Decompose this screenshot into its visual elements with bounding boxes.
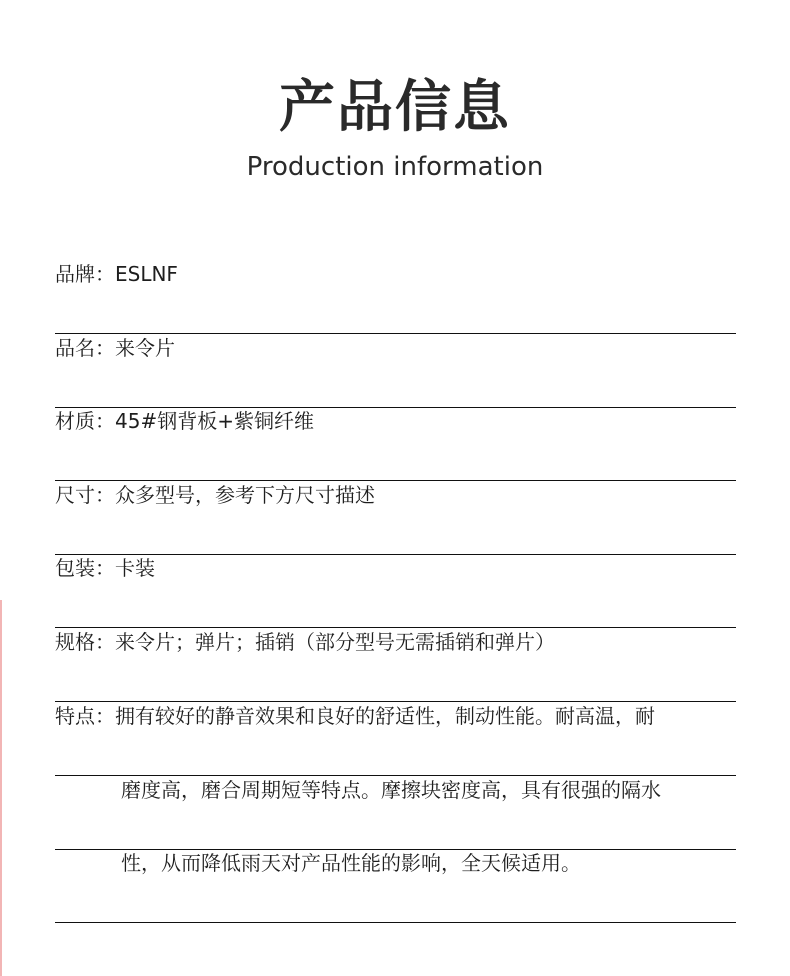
info-row-product-name: 品名：来令片 [55, 335, 736, 408]
info-row-features-cont-1: 磨度高，磨合周期短等特点。摩擦块密度高，具有很强的隔水 [55, 777, 736, 850]
info-row-text: 包装：卡装 [55, 555, 155, 581]
info-row-specification: 规格：来令片；弹片；插销（部分型号无需插销和弹片） [55, 629, 736, 702]
info-row-features-cont-2: 性，从而降低雨天对产品性能的影响，全天候适用。 [55, 850, 736, 923]
info-row-text: 规格：来令片；弹片；插销（部分型号无需插销和弹片） [55, 629, 555, 655]
info-row-packaging: 包装：卡装 [55, 555, 736, 628]
info-row-material: 材质：45#钢背板+紫铜纤维 [55, 408, 736, 481]
info-row-text: 磨度高，磨合周期短等特点。摩擦块密度高，具有很强的隔水 [121, 777, 661, 803]
info-row-features: 特点：拥有较好的静音效果和良好的舒适性，制动性能。耐高温，耐 [55, 703, 736, 776]
info-row-text: 品名：来令片 [55, 335, 175, 361]
info-row-text: 材质：45#钢背板+紫铜纤维 [55, 408, 314, 434]
page-subtitle: Production information [0, 150, 790, 184]
divider [55, 922, 736, 924]
info-row-text: 尺寸：众多型号，参考下方尺寸描述 [55, 482, 375, 508]
divider [55, 701, 736, 703]
divider [55, 627, 736, 629]
left-edge-accent [0, 600, 2, 976]
info-row-brand: 品牌：ESLNF [55, 261, 736, 334]
divider [55, 775, 736, 777]
page-title: 产品信息 [0, 74, 790, 142]
divider [55, 480, 736, 482]
info-row-size: 尺寸：众多型号，参考下方尺寸描述 [55, 482, 736, 555]
info-row-text: 特点：拥有较好的静音效果和良好的舒适性，制动性能。耐高温，耐 [55, 703, 655, 729]
divider [55, 333, 736, 335]
info-row-text: 性，从而降低雨天对产品性能的影响，全天候适用。 [121, 850, 581, 876]
info-row-text: 品牌：ESLNF [55, 261, 178, 287]
